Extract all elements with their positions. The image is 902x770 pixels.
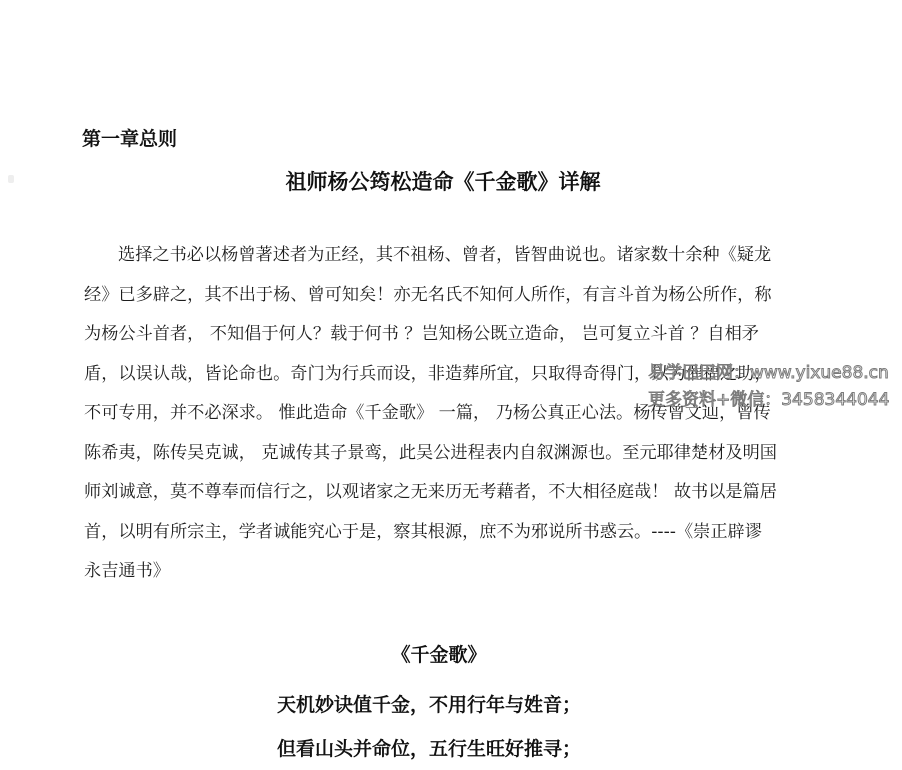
paragraph-line: 首，以明有所宗主，学者诚能究心于是，察其根源，庶不为邪说所书惑云。----《崇正… [84,513,804,553]
paragraph-line: 陈希夷，陈传吴克诚， 克诚传其子景鸾，此吴公进程表内自叙渊源也。至元耶律楚材及明… [84,434,804,474]
paragraph-line: 师刘诚意，莫不尊奉而信行之，以观诸家之无来历无考藉者，不大相径庭哉！ 故书以是篇… [84,473,804,513]
paragraph-line: 为杨公斗首者， 不知倡于何人？载于何书 ？岂知杨公既立造命， 岂可复立斗首 ？自… [84,315,804,355]
paragraph-line: 选择之书必以杨曾著述者为正经，其不祖杨、曾者，皆智曲说也。诸家数十余种《疑龙 [84,236,804,276]
document-page: 第一章总则 祖师杨公筠松造命《千金歌》详解 选择之书必以杨曾著述者为正经，其不祖… [0,0,902,770]
paragraph-line: 经》已多辟之，其不出于杨、曾可知矣！亦无名氏不知何人所作，有言斗首为杨公所作，称 [84,276,804,316]
poem-title-text: 《千金歌》 [391,644,486,666]
paragraph-line: 永吉通书》 [84,552,804,592]
watermark: 易学巴巴网：www.yixue88.cn 更多资料+微信：3458344044 [648,360,889,414]
poem-title: 《千金歌》 [0,640,902,667]
document-title: 祖师杨公筠松造命《千金歌》详解 [0,166,902,196]
poem-line: 天机妙诀值千金，不用行年与姓音； [277,683,581,727]
poem: 天机妙诀值千金，不用行年与姓音； 但看山头并命位，五行生旺好推寻； [277,683,581,770]
poem-line: 但看山头并命位，五行生旺好推寻； [277,727,581,770]
watermark-line-site: 易学巴巴网：www.yixue88.cn [648,360,889,387]
document-title-text: 祖师杨公筠松造命《千金歌》详解 [286,170,601,194]
chapter-heading: 第一章总则 [82,124,177,151]
watermark-line-contact: 更多资料+微信：3458344044 [648,387,889,414]
